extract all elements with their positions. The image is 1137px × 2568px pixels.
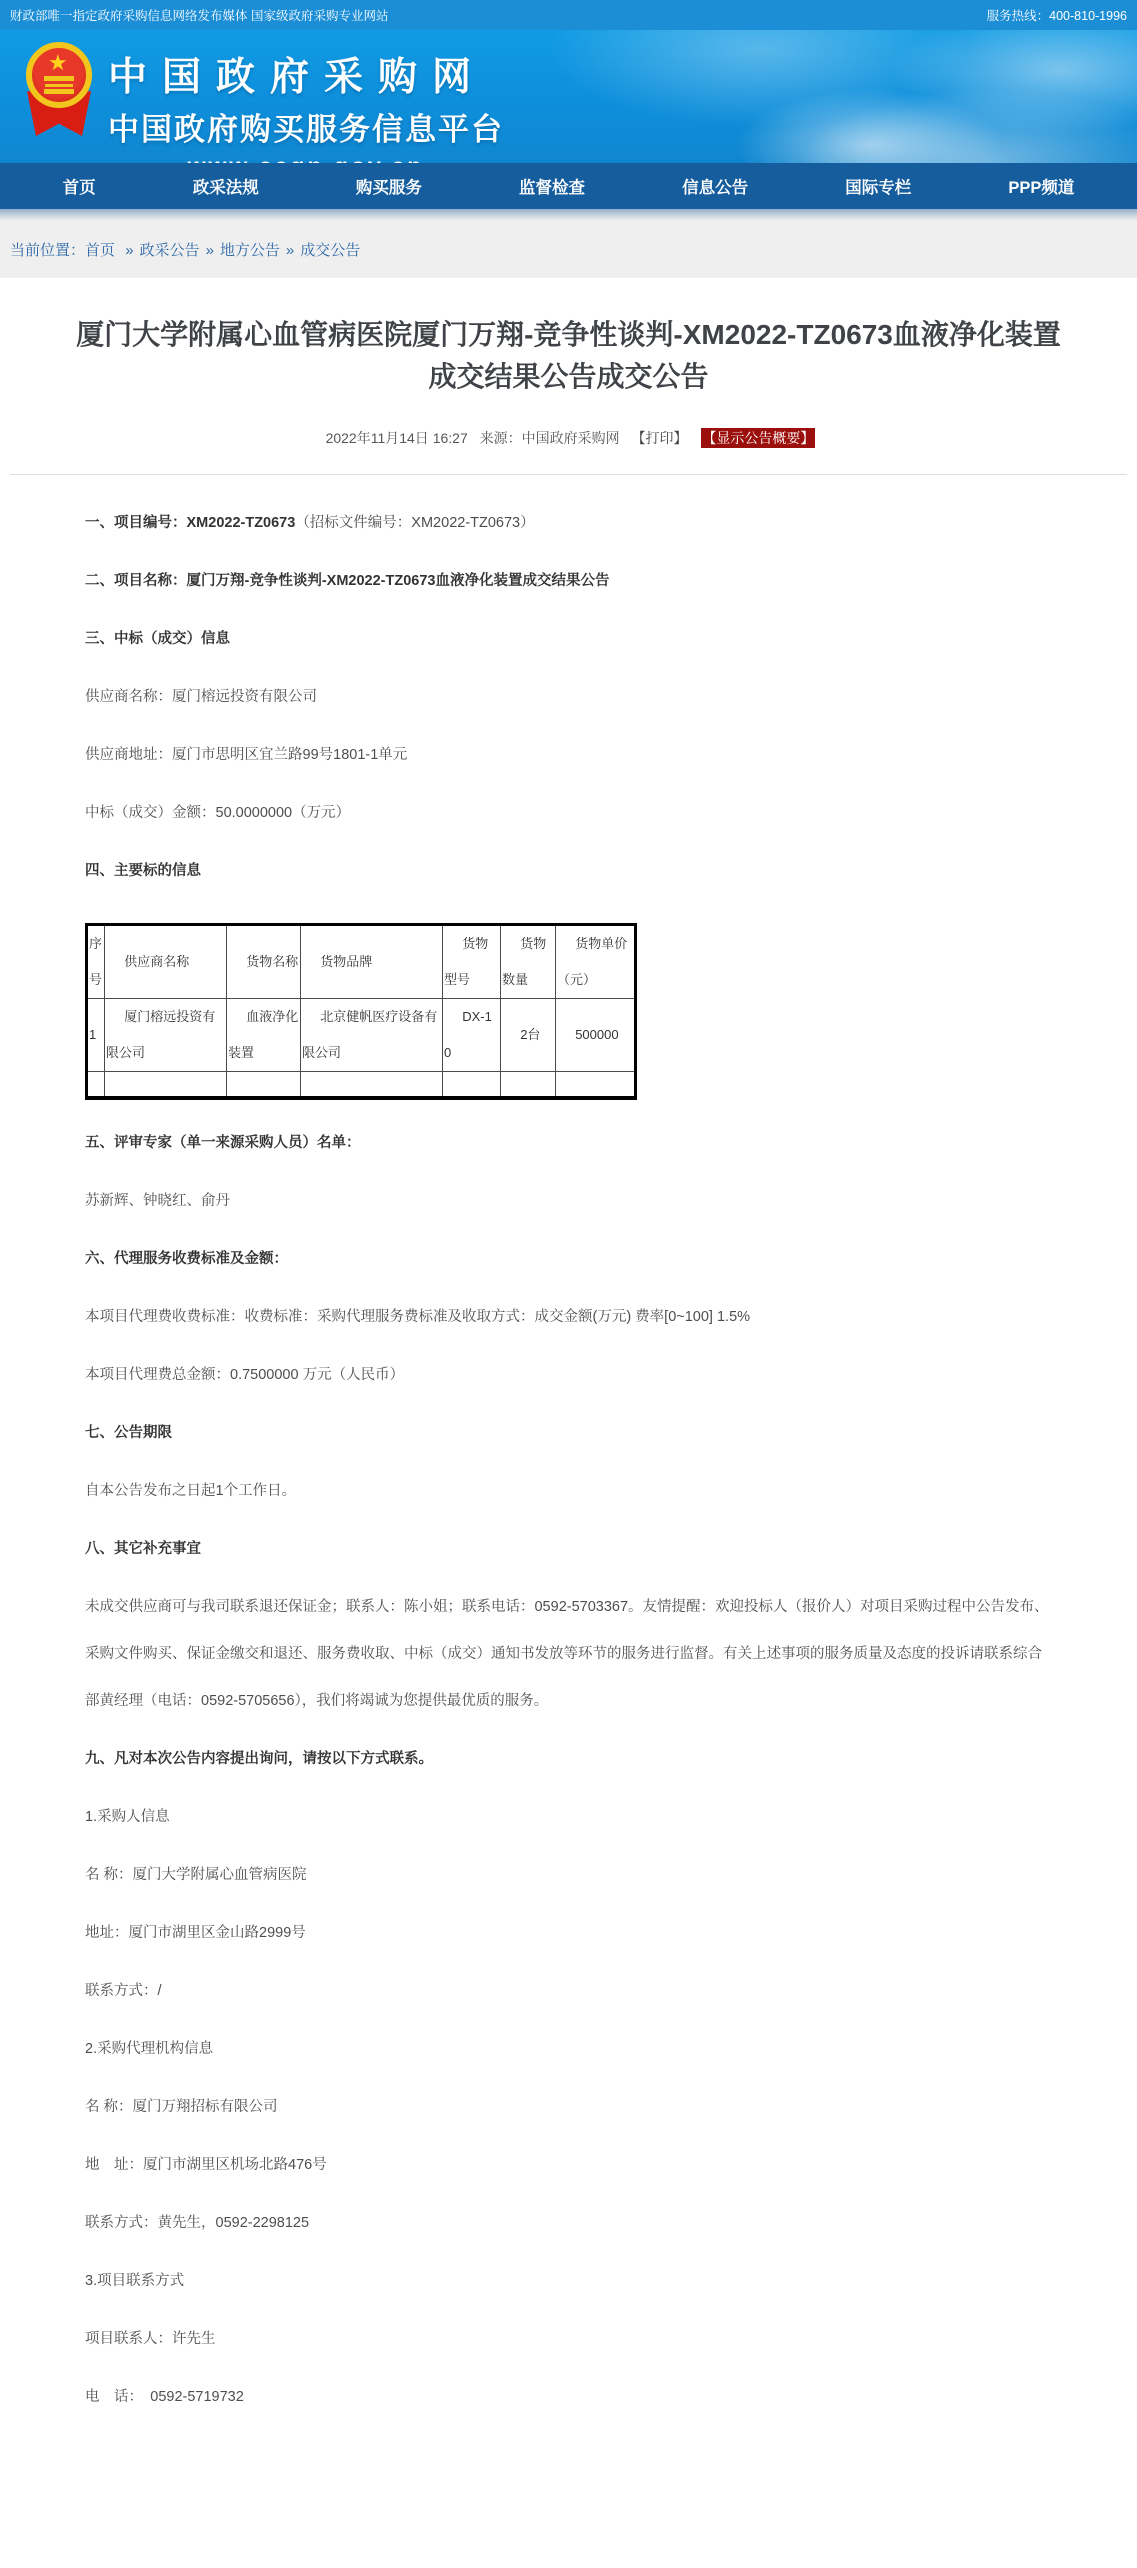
publish-datetime: 2022年11月14日 16:27	[326, 430, 468, 446]
table-row: 1厦门榕远投资有限公司血液净化装置北京健帆医疗设备有限公司DX-102台5000…	[87, 999, 636, 1072]
site-logo[interactable]: ★ 中国政府采购网 中国政府购买服务信息平台 www.ccgp.gov.cn	[24, 40, 504, 163]
nav-item-home[interactable]: 首页	[63, 174, 96, 198]
section-heading: 三、中标（成交）信息	[85, 616, 1052, 663]
paragraph: 供应商地址：厦门市思明区宜兰路99号1801-1单元	[85, 732, 1052, 779]
table-cell	[556, 1072, 636, 1098]
paragraph: 1.采购人信息	[85, 1794, 1052, 1841]
nav-item-international[interactable]: 国际专栏	[845, 174, 911, 198]
table-row	[87, 1072, 636, 1098]
table-cell	[105, 1072, 227, 1098]
breadcrumb-separator: »	[125, 242, 133, 259]
bid-info-table: 序号供应商名称货物名称货物品牌货物型号货物数量货物单价（元）1厦门榕远投资有限公…	[85, 923, 637, 1100]
breadcrumb-separator: »	[286, 242, 294, 259]
section-heading: 五、评审专家（单一来源采购人员）名单：	[85, 1120, 1052, 1167]
show-summary-button[interactable]: 【显示公告概要】	[701, 428, 815, 448]
site-banner: ★ 中国政府采购网 中国政府购买服务信息平台 www.ccgp.gov.cn	[0, 30, 1137, 163]
nav-item-procurement-regulations[interactable]: 政采法规	[193, 174, 259, 198]
paragraph: 名 称：厦门大学附属心血管病医院	[85, 1852, 1052, 1899]
paragraph: 地 址：厦门市湖里区机场北路476号	[85, 2142, 1052, 2189]
site-url: www.ccgp.gov.cn	[108, 153, 504, 163]
table-header-cell: 货物单价（元）	[556, 925, 636, 999]
table-cell: 血液净化装置	[227, 999, 301, 1072]
article-body: 一、项目编号：XM2022-TZ0673（招标文件编号：XM2022-TZ067…	[0, 475, 1137, 2421]
section-heading: 二、项目名称：厦门万翔-竞争性谈判-XM2022-TZ0673血液净化装置成交结…	[85, 558, 1052, 605]
nav-item-ppp-channel[interactable]: PPP频道	[1008, 174, 1074, 198]
paragraph: 3.项目联系方式	[85, 2258, 1052, 2305]
table-header-cell: 货物品牌	[301, 925, 443, 999]
breadcrumb-item-2[interactable]: 地方公告	[220, 242, 280, 259]
table-cell: 2台	[501, 999, 556, 1072]
nav-item-supervision[interactable]: 监督检查	[519, 174, 585, 198]
paragraph: 自本公告发布之日起1个工作日。	[85, 1468, 1052, 1515]
china-national-emblem-icon: ★	[24, 40, 94, 144]
paragraph: 联系方式：/	[85, 1968, 1052, 2015]
print-button[interactable]: 【打印】	[632, 430, 688, 446]
nav-item-purchase-services[interactable]: 购买服务	[356, 174, 422, 198]
topbar: 财政部唯一指定政府采购信息网络发布媒体 国家级政府采购专业网站 服务热线：400…	[0, 0, 1137, 30]
site-name: 中国政府采购网	[108, 46, 504, 102]
table-header-cell: 货物数量	[501, 925, 556, 999]
table-cell: 北京健帆医疗设备有限公司	[301, 999, 443, 1072]
breadcrumb-separator: »	[206, 242, 214, 259]
breadcrumb-item-1[interactable]: 政采公告	[140, 242, 200, 259]
table-cell: 1	[87, 999, 105, 1072]
main-nav: 首页政采法规购买服务监督检查信息公告国际专栏PPP频道	[0, 163, 1137, 209]
table-cell: DX-10	[443, 999, 501, 1072]
paragraph: 电 话： 0592-5719732	[85, 2374, 1052, 2421]
section-heading: 七、公告期限	[85, 1410, 1052, 1457]
paragraph: 联系方式：黄先生，0592-2298125	[85, 2200, 1052, 2247]
table-cell	[443, 1072, 501, 1098]
site-titles: 中国政府采购网 中国政府购买服务信息平台 www.ccgp.gov.cn	[108, 40, 504, 163]
table-header-cell: 供应商名称	[105, 925, 227, 999]
article-meta: 2022年11月14日 16:27 来源：中国政府采购网 【打印】 【显示公告概…	[0, 428, 1137, 448]
section-heading: 六、代理服务收费标准及金额：	[85, 1236, 1052, 1283]
section-heading: 八、其它补充事宜	[85, 1526, 1052, 1573]
table-cell	[227, 1072, 301, 1098]
page-title-line2: 成交结果公告成交公告	[0, 356, 1137, 398]
page-title-line1: 厦门大学附属心血管病医院厦门万翔-竞争性谈判-XM2022-TZ0673血液净化…	[0, 314, 1137, 356]
section-heading: 九、凡对本次公告内容提出询问，请按以下方式联系。	[85, 1736, 1052, 1783]
page-title: 厦门大学附属心血管病医院厦门万翔-竞争性谈判-XM2022-TZ0673血液净化…	[0, 278, 1137, 398]
breadcrumb: 当前位置：首页 »政采公告»地方公告»成交公告	[0, 209, 1137, 278]
article-source: 来源：中国政府采购网	[480, 430, 620, 446]
paragraph: 地址：厦门市湖里区金山路2999号	[85, 1910, 1052, 1957]
table-cell	[301, 1072, 443, 1098]
section-heading: 一、项目编号：XM2022-TZ0673（招标文件编号：XM2022-TZ067…	[85, 500, 1052, 547]
paragraph: 项目联系人：许先生	[85, 2316, 1052, 2363]
breadcrumb-item-3[interactable]: 成交公告	[300, 242, 360, 259]
breadcrumb-prefix: 当前位置：	[10, 242, 85, 259]
article: 厦门大学附属心血管病医院厦门万翔-竞争性谈判-XM2022-TZ0673血液净化…	[0, 278, 1137, 2467]
table-cell	[501, 1072, 556, 1098]
paragraph: 供应商名称：厦门榕远投资有限公司	[85, 674, 1052, 721]
paragraph: 2.采购代理机构信息	[85, 2026, 1052, 2073]
section-heading: 四、主要标的信息	[85, 848, 1052, 895]
table-cell: 500000	[556, 999, 636, 1072]
topbar-hotline: 服务热线：400-810-1996	[987, 6, 1127, 24]
table-header-cell: 货物型号	[443, 925, 501, 999]
table-header-cell: 序号	[87, 925, 105, 999]
topbar-tagline: 财政部唯一指定政府采购信息网络发布媒体 国家级政府采购专业网站	[10, 6, 388, 24]
paragraph: 本项目代理费收费标准：收费标准：采购代理服务费标准及收取方式：成交金额(万元) …	[85, 1294, 1052, 1341]
table-cell: 厦门榕远投资有限公司	[105, 999, 227, 1072]
site-subtitle: 中国政府购买服务信息平台	[108, 104, 504, 149]
nav-item-announcements[interactable]: 信息公告	[682, 174, 748, 198]
paragraph: 未成交供应商可与我司联系退还保证金；联系人：陈小姐；联系电话：0592-5703…	[85, 1584, 1052, 1725]
table-header-cell: 货物名称	[227, 925, 301, 999]
table-cell	[87, 1072, 105, 1098]
paragraph: 苏新辉、钟晓红、俞丹	[85, 1178, 1052, 1225]
breadcrumb-item-0[interactable]: 首页	[85, 242, 115, 259]
paragraph: 中标（成交）金额：50.0000000（万元）	[85, 790, 1052, 837]
paragraph: 名 称：厦门万翔招标有限公司	[85, 2084, 1052, 2131]
paragraph: 本项目代理费总金额：0.7500000 万元（人民币）	[85, 1352, 1052, 1399]
